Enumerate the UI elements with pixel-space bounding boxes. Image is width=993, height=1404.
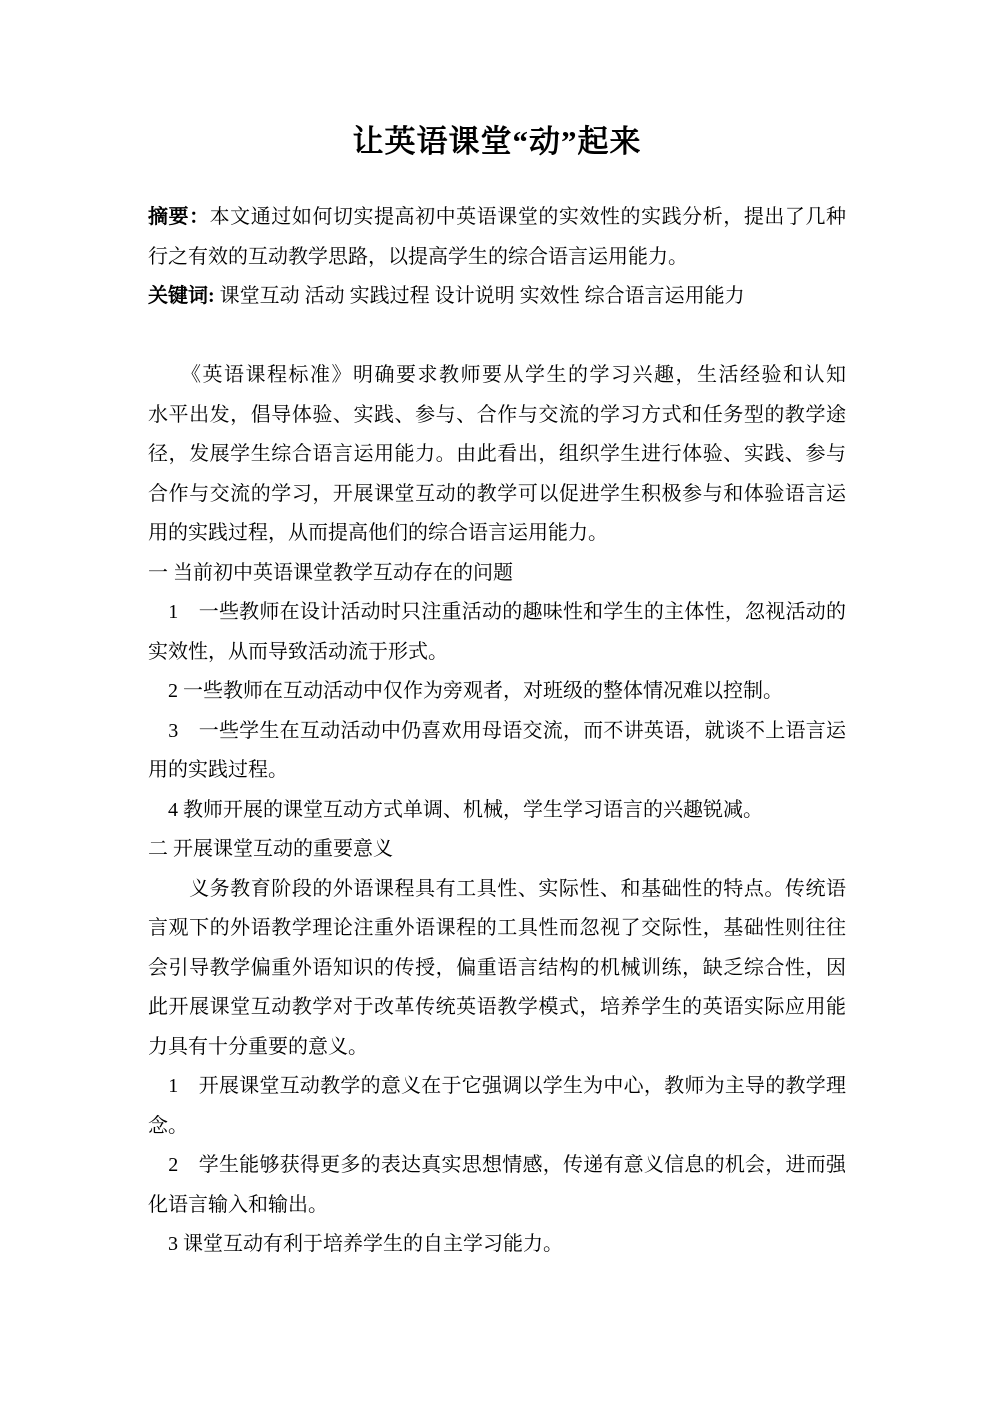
text-segment: 力具有十分重要的意义。 <box>148 1036 368 1058</box>
text-segment: 本文通过如何切实提高初中英语课堂的实效性的实践分析，提出了几种 <box>210 206 846 228</box>
text-segment: 化语言输入和输出。 <box>148 1194 328 1216</box>
text-segment: 1 开展课堂互动教学的意义在于它强调以学生为中心，教师为主导的教学理 <box>148 1075 846 1097</box>
text-segment: 4 教师开展的课堂互动方式单调、机械，学生学习语言的兴趣锐减。 <box>148 799 763 821</box>
inline-bold-label: 关键词: <box>148 285 215 307</box>
text-segment: 合作与交流的学习，开展课堂互动的教学可以促进学生积极参与和体验语言运 <box>148 483 846 505</box>
text-segment: 1 一些教师在设计活动时只注重活动的趣味性和学生的主体性，忽视活动的 <box>148 601 846 623</box>
list-item-line: 化语言输入和输出。 <box>148 1186 846 1226</box>
text-segment: 径，发展学生综合语言运用能力。由此看出，组织学生进行体验、实践、参与 <box>148 443 846 465</box>
list-item-line: 3 一些学生在互动活动中仍喜欢用母语交流，而不讲英语，就谈不上语言运 <box>148 712 846 752</box>
abstract-line: 摘要：本文通过如何切实提高初中英语课堂的实效性的实践分析，提出了几种 <box>148 198 846 238</box>
text-segment: 此开展课堂互动教学对于改革传统英语教学模式，培养学生的英语实际应用能 <box>148 996 846 1018</box>
blank-line <box>148 317 846 357</box>
paragraph-line: 力具有十分重要的意义。 <box>148 1028 846 1068</box>
list-item-line: 2 学生能够获得更多的表达真实思想情感，传递有意义信息的机会，进而强 <box>148 1146 846 1186</box>
text-segment: 会引导教学偏重外语知识的传授，偏重语言结构的机械训练，缺乏综合性，因 <box>148 957 846 979</box>
document-title: 让英语课堂“动”起来 <box>148 121 846 163</box>
paragraph-line: 水平出发，倡导体验、实践、参与、合作与交流的学习方式和任务型的教学途 <box>148 396 846 436</box>
paragraph-line: 义务教育阶段的外语课程具有工具性、实际性、和基础性的特点。传统语 <box>148 870 846 910</box>
text-segment: 念。 <box>148 1115 188 1137</box>
list-item-line: 1 一些教师在设计活动时只注重活动的趣味性和学生的主体性，忽视活动的 <box>148 593 846 633</box>
paragraph-line: 会引导教学偏重外语知识的传授，偏重语言结构的机械训练，缺乏综合性，因 <box>148 949 846 989</box>
list-item-line: 念。 <box>148 1107 846 1147</box>
text-segment: 一 当前初中英语课堂教学互动存在的问题 <box>148 562 513 584</box>
list-item-line: 4 教师开展的课堂互动方式单调、机械，学生学习语言的兴趣锐减。 <box>148 791 846 831</box>
text-segment: 用的实践过程，从而提高他们的综合语言运用能力。 <box>148 522 608 544</box>
text-segment: 《英语课程标准》明确要求教师要从学生的学习兴趣，生活经验和认知 <box>148 364 846 386</box>
text-segment: 二 开展课堂互动的重要意义 <box>148 838 393 860</box>
paragraph-line: 用的实践过程，从而提高他们的综合语言运用能力。 <box>148 514 846 554</box>
paragraph-line: 言观下的外语教学理论注重外语课程的工具性而忽视了交际性，基础性则往往 <box>148 909 846 949</box>
section-heading-2: 二 开展课堂互动的重要意义 <box>148 830 846 870</box>
keywords-line: 关键词: 课堂互动 活动 实践过程 设计说明 实效性 综合语言运用能力 <box>148 277 846 317</box>
list-item-line: 实效性，从而导致活动流于形式。 <box>148 633 846 673</box>
text-segment: 水平出发，倡导体验、实践、参与、合作与交流的学习方式和任务型的教学途 <box>148 404 846 426</box>
text-segment: 用的实践过程。 <box>148 759 288 781</box>
document-body: 摘要：本文通过如何切实提高初中英语课堂的实效性的实践分析，提出了几种行之有效的互… <box>148 198 846 1265</box>
paragraph-line: 径，发展学生综合语言运用能力。由此看出，组织学生进行体验、实践、参与 <box>148 435 846 475</box>
list-item-line: 用的实践过程。 <box>148 751 846 791</box>
text-segment: 2 学生能够获得更多的表达真实思想情感，传递有意义信息的机会，进而强 <box>148 1154 846 1176</box>
text-segment: 言观下的外语教学理论注重外语课程的工具性而忽视了交际性，基础性则往往 <box>148 917 846 939</box>
text-segment: 实效性，从而导致活动流于形式。 <box>148 641 448 663</box>
list-item-line: 3 课堂互动有利于培养学生的自主学习能力。 <box>148 1225 846 1265</box>
section-heading-1: 一 当前初中英语课堂教学互动存在的问题 <box>148 554 846 594</box>
list-item-line: 2 一些教师在互动活动中仅作为旁观者，对班级的整体情况难以控制。 <box>148 672 846 712</box>
paragraph-line: 合作与交流的学习，开展课堂互动的教学可以促进学生积极参与和体验语言运 <box>148 475 846 515</box>
text-segment: 行之有效的互动教学思路，以提高学生的综合语言运用能力。 <box>148 246 688 268</box>
text-segment: 义务教育阶段的外语课程具有工具性、实际性、和基础性的特点。传统语 <box>148 878 846 900</box>
text-segment: 课堂互动 活动 实践过程 设计说明 实效性 综合语言运用能力 <box>215 285 745 307</box>
document-page: 让英语课堂“动”起来 摘要：本文通过如何切实提高初中英语课堂的实效性的实践分析，… <box>0 0 993 1404</box>
abstract-line: 行之有效的互动教学思路，以提高学生的综合语言运用能力。 <box>148 238 846 278</box>
inline-bold-label: 摘要： <box>148 206 210 228</box>
text-segment: 3 课堂互动有利于培养学生的自主学习能力。 <box>148 1233 563 1255</box>
text-segment: 2 一些教师在互动活动中仅作为旁观者，对班级的整体情况难以控制。 <box>148 680 783 702</box>
paragraph-line: 《英语课程标准》明确要求教师要从学生的学习兴趣，生活经验和认知 <box>148 356 846 396</box>
text-segment: 3 一些学生在互动活动中仍喜欢用母语交流，而不讲英语，就谈不上语言运 <box>148 720 846 742</box>
paragraph-line: 此开展课堂互动教学对于改革传统英语教学模式，培养学生的英语实际应用能 <box>148 988 846 1028</box>
list-item-line: 1 开展课堂互动教学的意义在于它强调以学生为中心，教师为主导的教学理 <box>148 1067 846 1107</box>
